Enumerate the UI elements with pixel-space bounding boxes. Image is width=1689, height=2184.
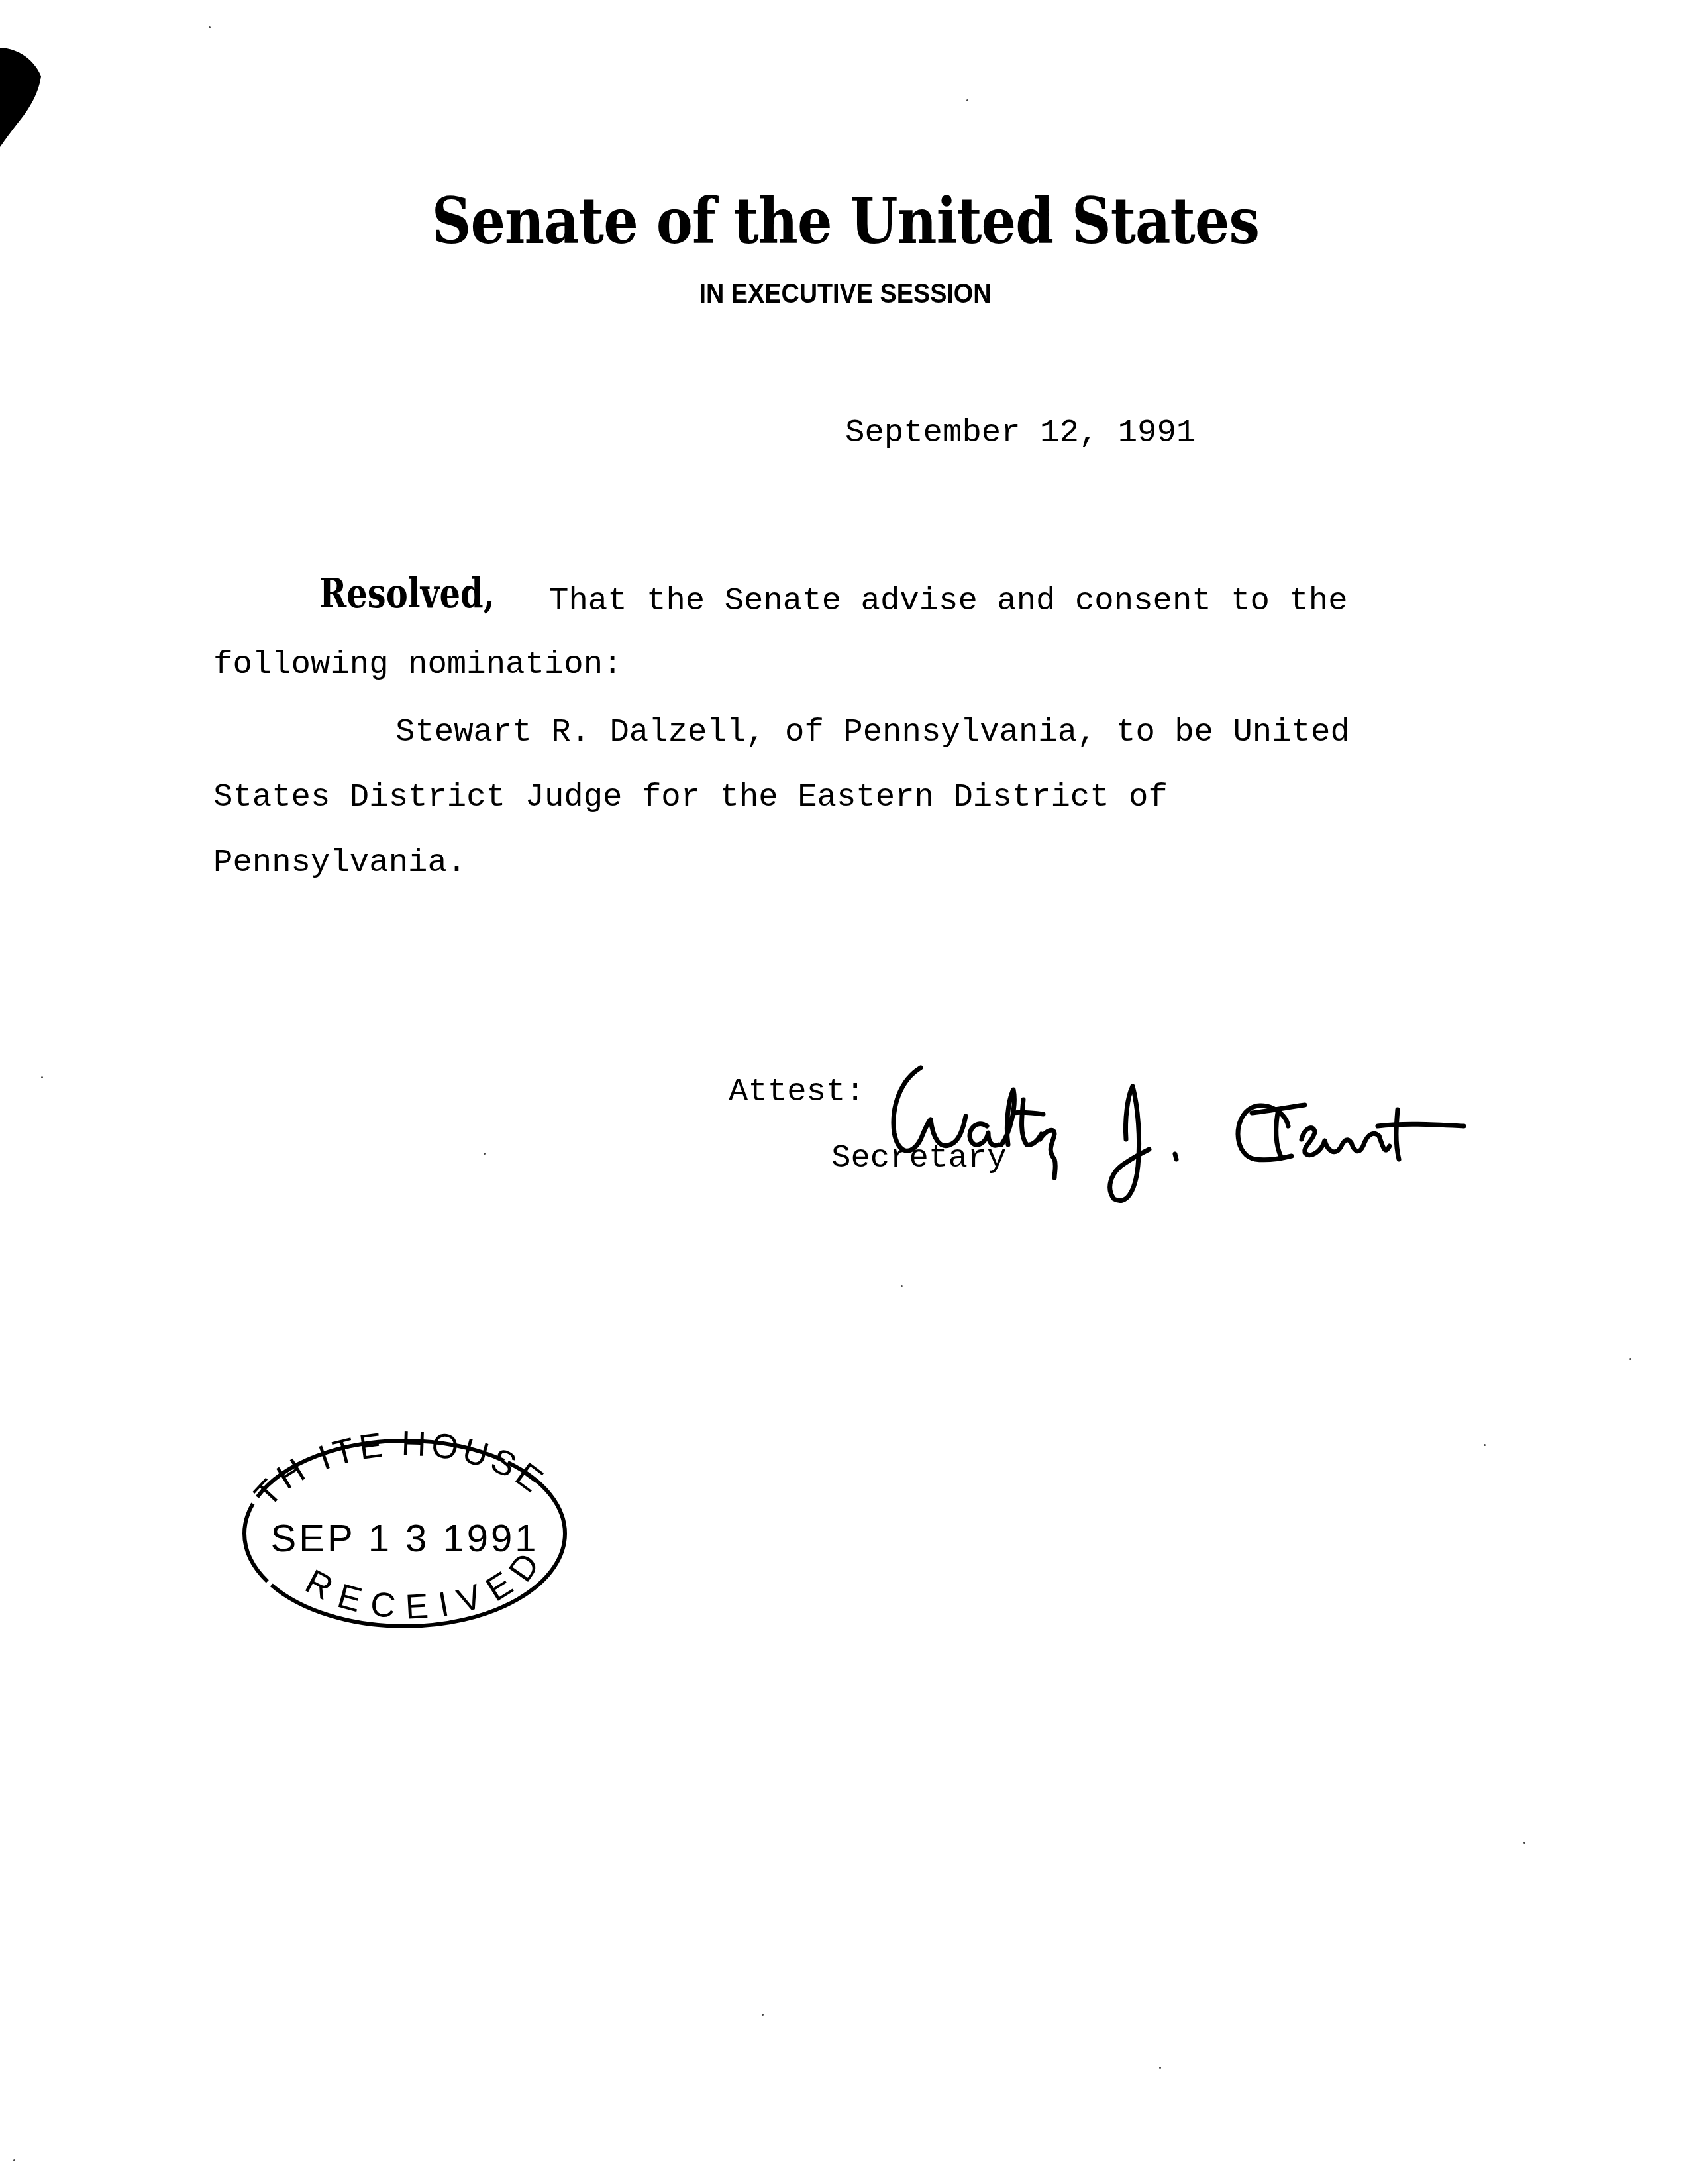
scan-speck xyxy=(41,1076,43,1078)
scan-artifact-mark xyxy=(0,0,46,159)
scan-speck xyxy=(1629,1358,1631,1360)
session-subtitle: IN EXECUTIVE SESSION xyxy=(85,280,1606,307)
scan-speck xyxy=(966,99,968,101)
scan-speck xyxy=(1523,1842,1525,1844)
scan-speck xyxy=(484,1153,486,1155)
received-stamp: TH ITE HOUSE SEP 1 3 1991 RECEIVED xyxy=(235,1431,580,1643)
secretary-title: Secretary xyxy=(831,1142,1007,1174)
attest-label: Attest: xyxy=(729,1076,865,1108)
svg-text:TH ITE HOUSE: TH ITE HOUSE xyxy=(247,1431,553,1514)
scan-speck xyxy=(13,2159,15,2161)
stamp-date: SEP 1 3 1991 xyxy=(271,1517,539,1560)
resolved-heading: Resolved, xyxy=(319,573,495,614)
document-date: September 12, 1991 xyxy=(845,417,1196,449)
stamp-top-text: TH ITE HOUSE xyxy=(247,1431,553,1514)
nomination-line-3: Pennsylvania. xyxy=(213,847,466,879)
resolution-line-1: That the Senate advise and consent to th… xyxy=(549,585,1348,617)
page-title: Senate of the United States xyxy=(119,189,1572,253)
scan-speck xyxy=(762,2014,764,2016)
scan-speck xyxy=(1159,2067,1161,2069)
nomination-line-1: Stewart R. Dalzell, of Pennsylvania, to … xyxy=(395,716,1350,749)
scan-speck xyxy=(901,1285,903,1287)
resolution-line-2: following nomination: xyxy=(213,649,623,681)
scan-speck xyxy=(209,26,211,28)
nomination-line-2: States District Judge for the Eastern Di… xyxy=(213,781,1168,813)
scan-speck xyxy=(1484,1444,1486,1446)
document-page: Senate of the United States IN EXECUTIVE… xyxy=(0,0,1689,2184)
